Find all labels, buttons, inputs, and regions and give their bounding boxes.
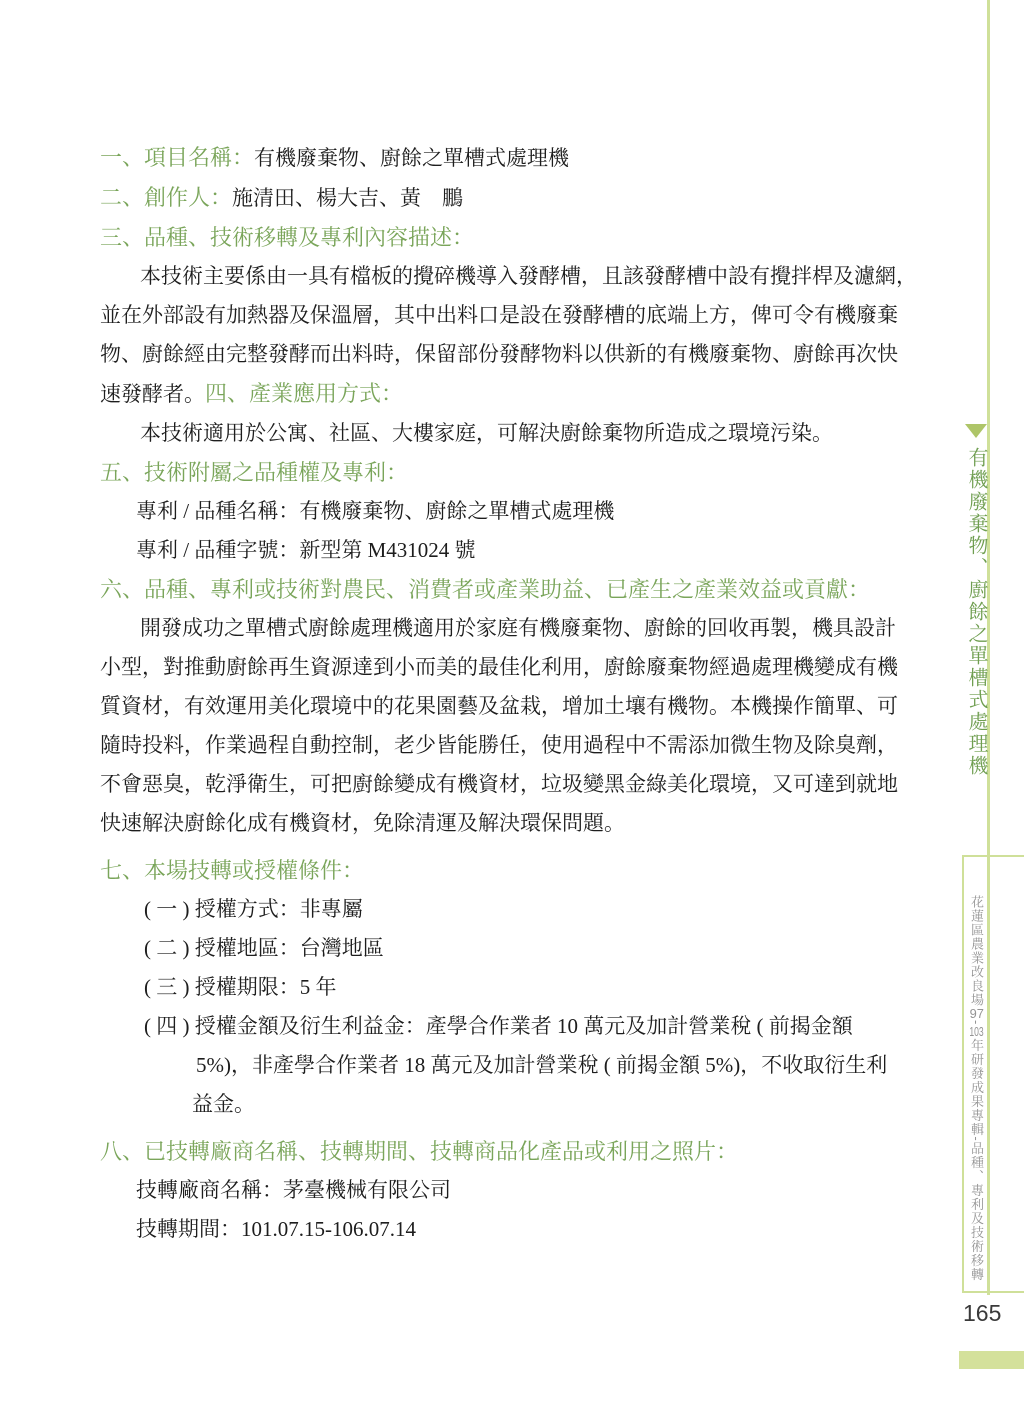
paragraph-line: 質資材，有效運用美化環境中的花果園藝及盆栽，增加土壤有機物。本機操作簡單、可 bbox=[100, 687, 922, 726]
condition-4-line: 5%)，非產學合作業者 18 萬元及加計營業稅 ( 前揭金額 5%)，不收取衍生… bbox=[196, 1046, 922, 1085]
section-3-heading: 三、品種、技術移轉及專利內容描述： bbox=[100, 218, 922, 257]
section-3-paragraph: 本技術主要係由一具有檔板的攪碎機導入發酵槽，且該發酵槽中設有攪拌桿及濾網， 並在… bbox=[100, 257, 922, 414]
patent-number-line: 專利 / 品種字號：新型第 M431024 號 bbox=[136, 531, 922, 570]
section-2-heading: 二、創作人： bbox=[100, 185, 232, 210]
chapter-tab: 有機廢棄物、廚餘之單槽式處理機 bbox=[962, 424, 990, 782]
section-1-heading: 一、項目名稱： bbox=[100, 145, 254, 170]
triangle-down-icon bbox=[965, 424, 987, 438]
document-page: 一、項目名稱：有機廢棄物、廚餘之單槽式處理機 二、創作人：施清田、楊大吉、黃 鵬… bbox=[0, 0, 1024, 1418]
series-title-box: 花蓮區農業改良場97-103年研發成果專輯-品種、專利及技術移轉 bbox=[962, 855, 1024, 1293]
paragraph-line-end: 速發酵者。 bbox=[100, 382, 205, 406]
series-title-vertical: 花蓮區農業改良場97-103年研發成果專輯-品種、專利及技術移轉 bbox=[967, 895, 986, 1291]
section-4-paragraph: 本技術適用於公寓、社區、大樓家庭，可解決廚餘棄物所造成之環境污染。 bbox=[100, 414, 922, 453]
condition-1: ( 一 ) 授權方式：非專屬 bbox=[144, 890, 922, 929]
paragraph-line: 隨時投料，作業過程自動控制，老少皆能勝任，使用過程中不需添加微生物及除臭劑， bbox=[100, 726, 922, 765]
condition-3: ( 三 ) 授權期限：5 年 bbox=[144, 968, 922, 1007]
paragraph-line: 開發成功之單槽式廚餘處理機適用於家庭有機廢棄物、廚餘的回收再製，機具設計 bbox=[100, 609, 922, 648]
condition-4-line: ( 四 ) 授權金額及衍生利益金：產學合作業者 10 萬元及加計營業稅 ( 前揭… bbox=[144, 1007, 922, 1046]
condition-4: ( 四 ) 授權金額及衍生利益金：產學合作業者 10 萬元及加計營業稅 ( 前揭… bbox=[100, 1007, 922, 1124]
series-year-end: 103 bbox=[969, 1025, 984, 1038]
section-1-project-name: 一、項目名稱：有機廢棄物、廚餘之單槽式處理機 bbox=[100, 138, 922, 178]
series-suffix: 年研發成果專輯-品種、專利及技術移轉 bbox=[969, 1038, 984, 1281]
condition-4-line: 益金。 bbox=[192, 1085, 922, 1124]
section-6-paragraph: 開發成功之單槽式廚餘處理機適用於家庭有機廢棄物、廚餘的回收再製，機具設計 小型，… bbox=[100, 609, 922, 843]
main-content: 一、項目名稱：有機廢棄物、廚餘之單槽式處理機 二、創作人：施清田、楊大吉、黃 鵬… bbox=[100, 138, 922, 1249]
paragraph-line: 本技術主要係由一具有檔板的攪碎機導入發酵槽，且該發酵槽中設有攪拌桿及濾網， bbox=[100, 257, 922, 296]
paragraph-line: 不會惡臭，乾淨衛生，可把廚餘變成有機資材，垃圾變黑金綠美化環境，又可達到就地 bbox=[100, 765, 922, 804]
bottom-accent-bar bbox=[959, 1351, 1024, 1369]
paragraph-line: 速發酵者。四、產業應用方式： bbox=[100, 374, 922, 414]
section-4-heading: 四、產業應用方式： bbox=[205, 381, 403, 406]
section-6-heading: 六、品種、專利或技術對農民、消費者或產業助益、已產生之產業效益或貢獻： bbox=[100, 570, 922, 609]
series-year-start: 97 bbox=[969, 1007, 984, 1020]
paragraph-line: 小型，對推動廚餘再生資源達到小而美的最佳化利用，廚餘廢棄物經過處理機變成有機 bbox=[100, 648, 922, 687]
section-1-value: 有機廢棄物、廚餘之單槽式處理機 bbox=[254, 146, 569, 170]
patent-name-line: 專利 / 品種名稱：有機廢棄物、廚餘之單槽式處理機 bbox=[136, 492, 922, 531]
section-8-heading: 八、已技轉廠商名稱、技轉期間、技轉商品化產品或利用之照片： bbox=[100, 1132, 922, 1171]
section-7-heading: 七、本場技轉或授權條件： bbox=[100, 851, 922, 890]
series-prefix: 花蓮區農業改良場 bbox=[969, 895, 984, 1007]
period-line: 技轉期間：101.07.15-106.07.14 bbox=[136, 1210, 922, 1249]
paragraph-line: 並在外部設有加熱器及保溫層，其中出料口是設在發酵槽的底端上方，俾可令有機廢棄 bbox=[100, 296, 922, 335]
paragraph-line: 物、廚餘經由完整發酵而出料時，保留部份發酵物料以供新的有機廢棄物、廚餘再次快 bbox=[100, 335, 922, 374]
paragraph-line: 快速解決廚餘化成有機資材，免除清運及解決環保問題。 bbox=[100, 804, 922, 843]
page-number: 165 bbox=[963, 1300, 1001, 1327]
section-2-creators: 二、創作人：施清田、楊大吉、黃 鵬 bbox=[100, 178, 922, 218]
section-2-value: 施清田、楊大吉、黃 鵬 bbox=[232, 186, 463, 210]
section-5-heading: 五、技術附屬之品種權及專利： bbox=[100, 453, 922, 492]
condition-2: ( 二 ) 授權地區：台灣地區 bbox=[144, 929, 922, 968]
chapter-title-vertical: 有機廢棄物、廚餘之單槽式處理機 bbox=[962, 447, 991, 777]
vendor-line: 技轉廠商名稱：茅臺機械有限公司 bbox=[136, 1171, 922, 1210]
